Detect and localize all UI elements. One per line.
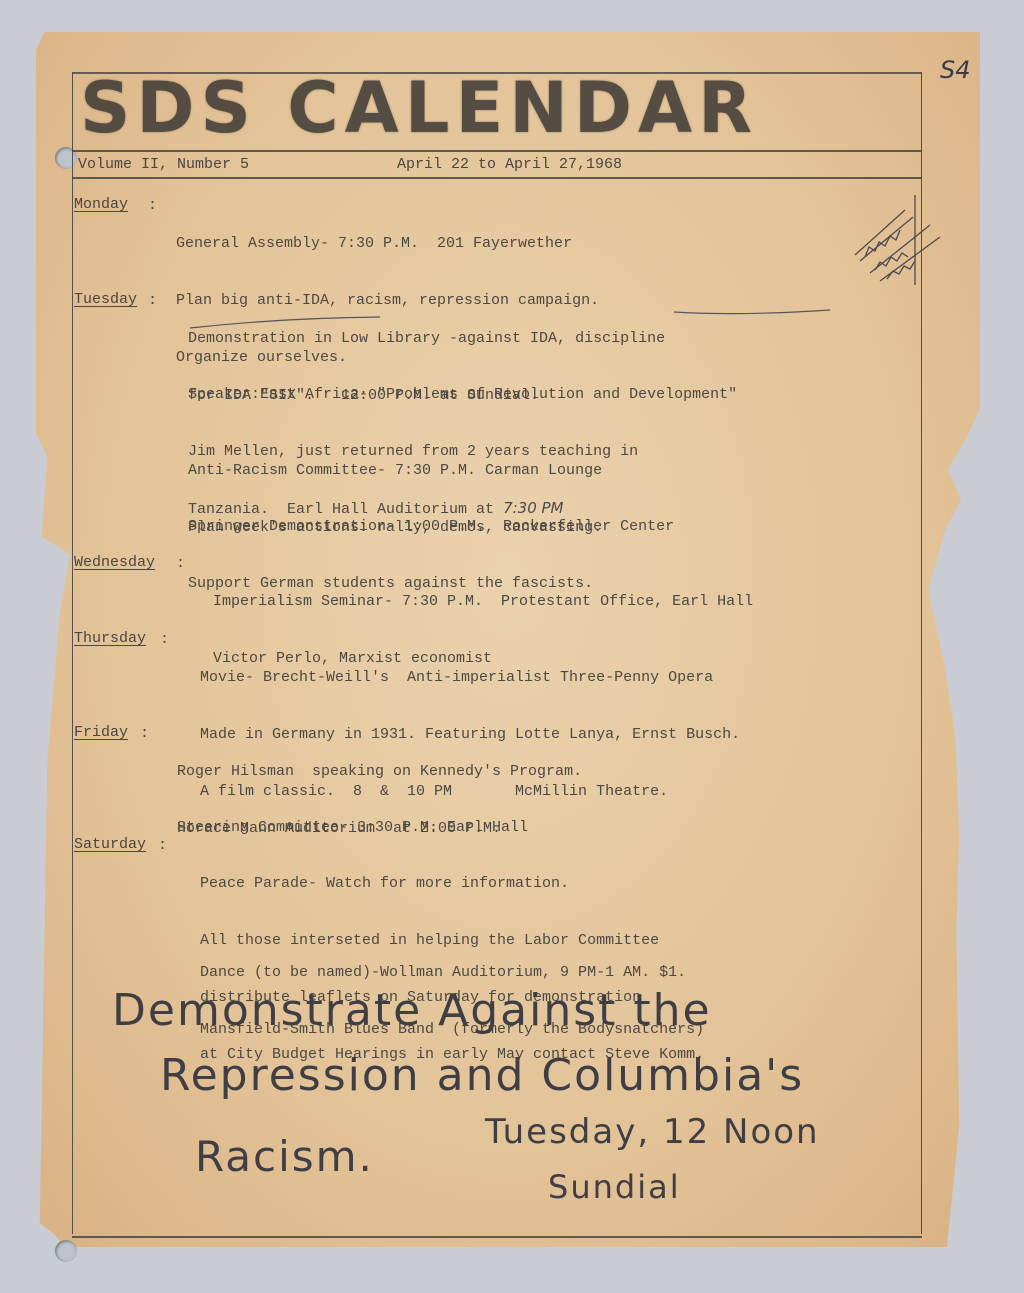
day-label-saturday: Saturday — [74, 836, 146, 853]
issue-number: Volume II, Number 5 — [78, 156, 249, 173]
day-label-monday: Monday — [74, 196, 128, 213]
day-label-tuesday: Tuesday — [74, 291, 137, 308]
handwritten-notice-line2: Repression and Columbia's — [160, 1050, 804, 1101]
frame-bottom-rule — [72, 1236, 922, 1238]
day-label-thursday: Thursday — [74, 630, 146, 647]
pencil-underline-icon — [180, 300, 840, 330]
day-label-wednesday: Wednesday — [74, 554, 155, 571]
issue-date-range: April 22 to April 27,1968 — [397, 156, 622, 173]
title-rule — [72, 150, 922, 152]
pencil-scribble-icon — [845, 195, 965, 285]
handwritten-notice-line1: Demonstrate Against the — [112, 985, 712, 1036]
header-rule — [72, 177, 922, 179]
punch-hole-bottom — [55, 1240, 77, 1262]
handwritten-notice-when: Tuesday, 12 Noon — [485, 1112, 820, 1152]
day-label-friday: Friday — [74, 724, 128, 741]
handwritten-notice-line3: Racism. — [195, 1132, 374, 1181]
page-number-annotation: S4 — [940, 56, 971, 84]
handwritten-notice-where: Sundial — [548, 1168, 681, 1206]
document-title: SDS CALENDAR — [80, 70, 920, 146]
